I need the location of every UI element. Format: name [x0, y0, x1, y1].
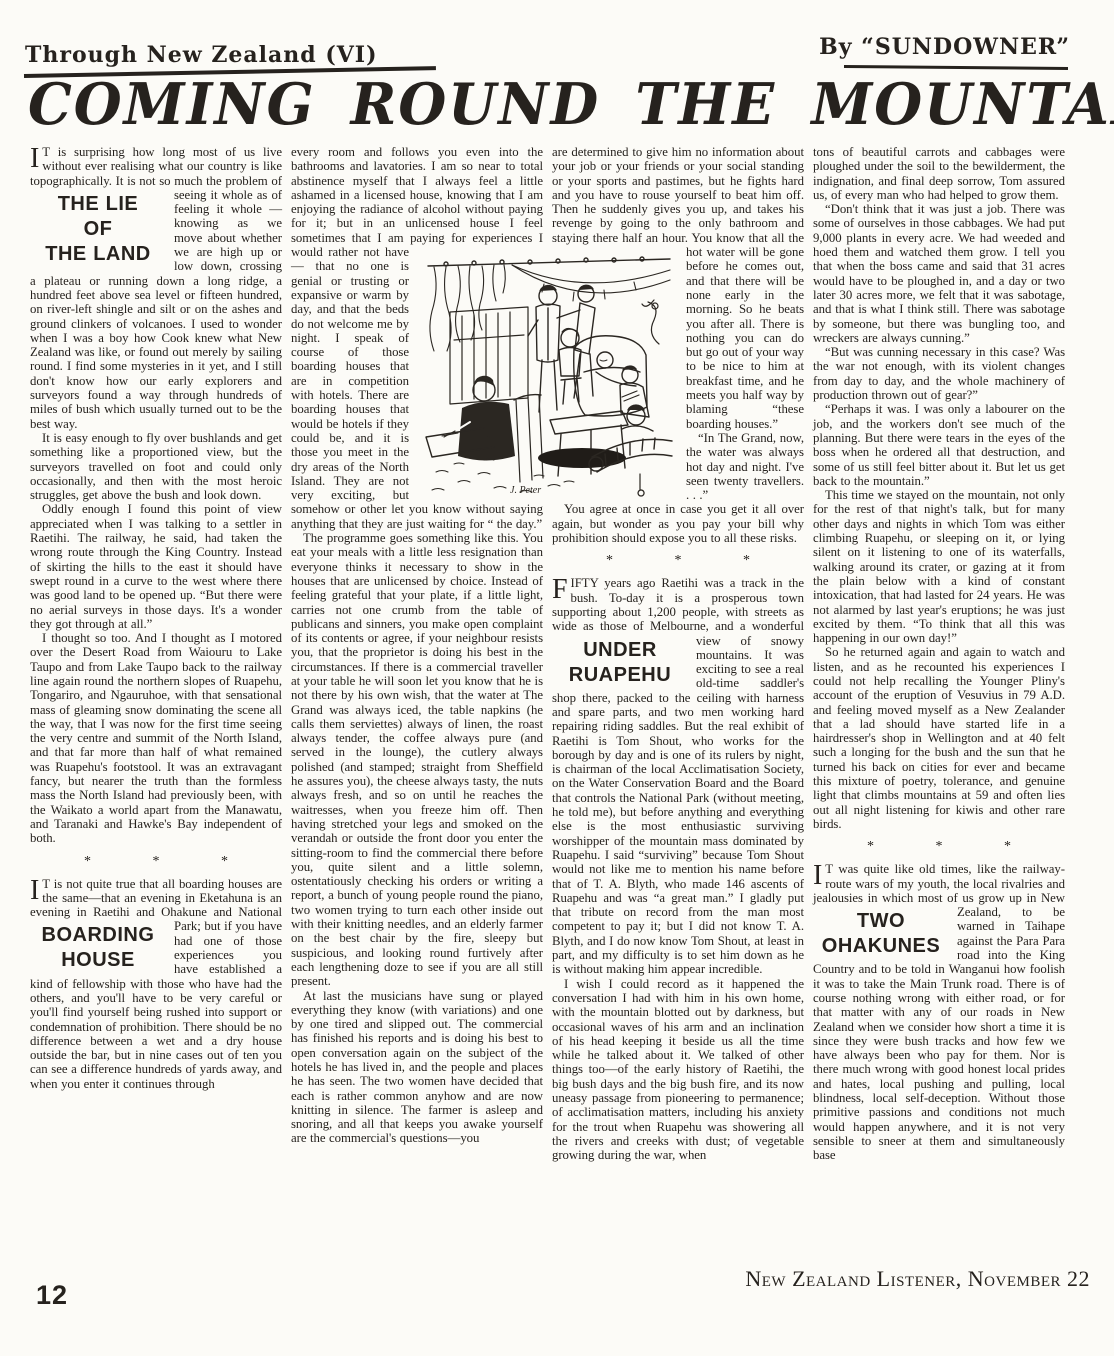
subhead-line: THE LIE: [30, 192, 166, 217]
paragraph: “But was cunning necessary in this case?…: [813, 345, 1065, 402]
article-headline: COMING ROUND THE MOUNTAINS: [28, 74, 1114, 134]
paragraph: FIFTY years ago Raetihi was a track in t…: [552, 576, 804, 976]
publication-footer: New Zealand Listener, November 22: [745, 1266, 1090, 1292]
small-table: [538, 411, 628, 476]
paragraph: IT was quite like old times, like the ra…: [813, 862, 1065, 1162]
subhead-line: TWO: [813, 909, 949, 934]
paragraph: I thought so too. And I thought as I mot…: [30, 631, 282, 845]
asterisk-separator: * * *: [30, 854, 282, 870]
subhead-line: BOARDING: [30, 923, 166, 948]
piano: [450, 307, 528, 404]
column-4: tons of beautiful carrots and cabbages w…: [813, 145, 1065, 1273]
paragraph: It is easy enough to fly over bushlands …: [30, 431, 282, 502]
leaning-man: [557, 285, 595, 398]
paragraph: This time we stayed on the mountain, not…: [813, 488, 1065, 645]
writing-man: [426, 376, 543, 482]
subhead-the-lie-of-the-land: THE LIEOFTHE LAND: [30, 192, 166, 267]
illustrator-signature: J. Peter: [510, 485, 541, 496]
subhead-under-ruapehu: UNDERRUAPEHU: [552, 638, 688, 688]
paragraph: Oddly enough I found this point of view …: [30, 502, 282, 631]
asterisk-separator: * * *: [813, 839, 1065, 855]
paragraph: You agree at once in case you get it all…: [552, 502, 804, 545]
drop-initial: I: [813, 863, 822, 889]
subhead-line: UNDER: [552, 638, 688, 663]
subhead-boarding-house: BOARDINGHOUSE: [30, 923, 166, 973]
pelmet-swag: [512, 265, 670, 301]
wall-sconce: [642, 300, 659, 344]
sitting-room-sketch: J. Peter: [424, 250, 674, 500]
standing-man-light-suit: [528, 286, 560, 412]
boarding-house-illustration: J. Peter: [424, 250, 674, 500]
subhead-line: THE LAND: [30, 242, 166, 267]
subhead-two-ohakunes: TWOOHAKUNES: [813, 909, 949, 959]
magazine-page: Through New Zealand (VI) By “SUNDOWNER” …: [0, 0, 1114, 1356]
paragraph: IT is not quite true that all boarding h…: [30, 877, 282, 1091]
paragraph-text: You know that all the hot water will be …: [686, 231, 804, 431]
paragraph: I wish I could record as it happened the…: [552, 977, 804, 1163]
series-kicker: Through New Zealand (VI): [25, 42, 378, 68]
armchair-sleeping-man: [574, 336, 647, 416]
paragraph: So he returned again and again to watch …: [813, 645, 1065, 831]
column-1: IT is surprising how long most of us liv…: [30, 145, 282, 1273]
paragraph: IT is surprising how long most of us liv…: [30, 145, 282, 431]
asterisk-separator: * * *: [552, 553, 804, 569]
subhead-line: RUAPEHU: [552, 663, 688, 688]
curtain-rod: [428, 257, 670, 266]
drop-initial: I: [30, 146, 39, 172]
paragraph: “Perhaps it was. I was only a labourer o…: [813, 402, 1065, 488]
subhead-line: OF: [30, 217, 166, 242]
paragraph: The programme goes something like this. …: [291, 531, 543, 989]
subhead-line: OHAKUNES: [813, 934, 949, 959]
paragraph: tons of beautiful carrots and cabbages w…: [813, 145, 1065, 202]
subhead-line: HOUSE: [30, 948, 166, 973]
paragraph: At last the musicians have sung or playe…: [291, 989, 543, 1146]
page-number: 12: [36, 1280, 68, 1311]
paragraph: “Don't think that it was just a job. The…: [813, 202, 1065, 345]
byline: By “SUNDOWNER”: [819, 34, 1070, 60]
drop-initial: F: [552, 577, 568, 603]
curtain: [430, 265, 505, 351]
drop-initial: I: [30, 878, 39, 904]
